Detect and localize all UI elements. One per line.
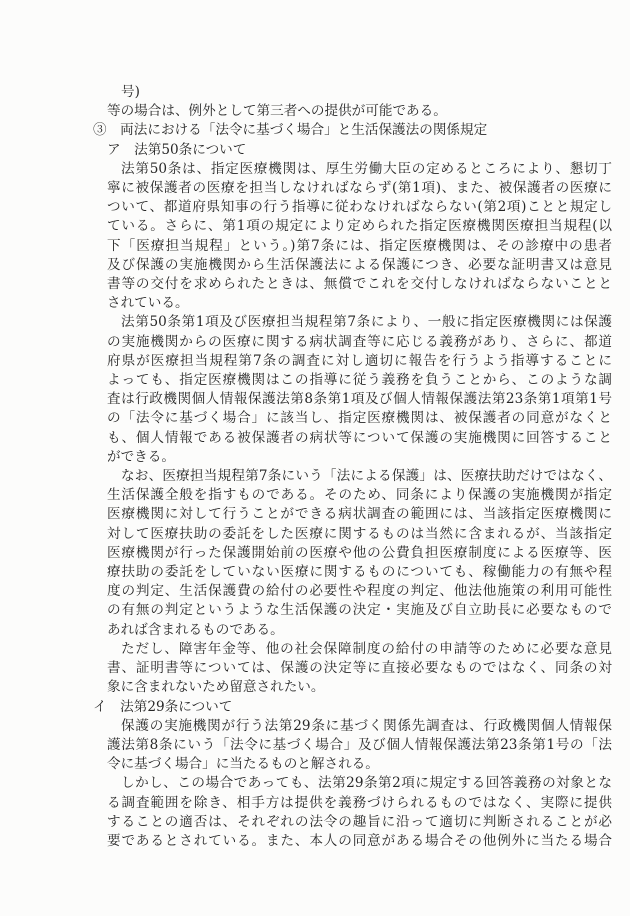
text-line: イ 法第29条について	[93, 698, 612, 717]
text-line: 令に基づく場合」に当たるものと解される。	[93, 755, 612, 774]
text-line: することの適否は、それぞれの法令の趣旨に沿って適切に判断されることが必	[93, 813, 612, 832]
text-line: しかし、この場合であっても、法第29条第2項に規定する回答義務の対象とな	[93, 774, 612, 793]
text-line: ただし、障害年金等、他の社会保障制度の給付の申請等のために必要な意見	[93, 640, 612, 659]
text-line: 護法第8条にいう「法令に基づく場合」及び個人情報保護法第23条第1号の「法	[93, 736, 612, 755]
text-line: 生活保護全般を指すものである。そのため、同条により保護の実施機関が指定	[93, 486, 612, 505]
text-line: 書等の交付を求められたときは、無償でこれを交付しなければならないことと	[93, 275, 612, 294]
text-line: る調査範囲を除き、相手方は提供を義務づけられるものではなく、実際に提供	[93, 794, 612, 813]
text-line: 療扶助の委託をしていない医療に関するものについても、稼働能力の有無や程	[93, 563, 612, 582]
text-line: の実施機関からの医療に関する病状調査等に応じる義務があり、さらに、都道	[93, 333, 612, 352]
text-line: 府県が医療担当規程第7条の調査に対し適切に報告を行うよう指導することに	[93, 352, 612, 371]
text-line: 寧に被保護者の医療を担当しなければならず(第1項)、また、被保護者の医療に	[93, 179, 612, 198]
text-line: ③ 両法における「法令に基づく場合」と生活保護法の関係規定	[93, 121, 612, 140]
text-line: 号)	[93, 83, 612, 102]
text-line: ている。さらに、第1項の規定により定められた指定医療機関医療担当規程(以	[93, 217, 612, 236]
text-line: 等の場合は、例外として第三者への提供が可能である。	[93, 102, 612, 121]
text-line: よっても、指定医療機関はこの指導に従う義務を負うことから、このような調	[93, 371, 612, 390]
text-line: 象に含まれないため留意されたい。	[93, 678, 612, 697]
text-line: ついて、都道府県知事の行う指導に従わなければならない(第2項)ことと規定し	[93, 198, 612, 217]
text-line: 対して医療扶助の委託をした医療に関するものは当然に含まれるが、当該指定	[93, 525, 612, 544]
text-line: 査は行政機関個人情報保護法第8条第1項及び個人情報保護法第23条第1項第1号	[93, 390, 612, 409]
text-line: 要であるとされている。また、本人の同意がある場合その他例外に当たる場合	[93, 832, 612, 851]
text-line: 医療機関に対して行うことができる病状調査の範囲には、当該指定医療機関に	[93, 505, 612, 524]
text-line: の「法令に基づく場合」に該当し、指定医療機関は、被保護者の同意がなくと	[93, 409, 612, 428]
text-line: あれば含まれるものである。	[93, 621, 612, 640]
text-line: 医療機関が行った保護開始前の医療や他の公費負担医療制度による医療等、医	[93, 544, 612, 563]
text-line: 書、証明書等については、保護の決定等に直接必要なものではなく、同条の対	[93, 659, 612, 678]
text-line: 保護の実施機関が行う法第29条に基づく関係先調査は、行政機関個人情報保	[93, 717, 612, 736]
text-line: 度の判定、生活保護費の給付の必要性や程度の判定、他法他施策の利用可能性	[93, 582, 612, 601]
text-line: 下「医療担当規程」という。)第7条には、指定医療機関は、その診療中の患者	[93, 237, 612, 256]
text-line: 法第50条第1項及び医療担当規程第7条により、一般に指定医療機関には保護	[93, 313, 612, 332]
document-page: 号)等の場合は、例外として第三者への提供が可能である。③ 両法における「法令に基…	[0, 0, 630, 916]
text-line: ができる。	[93, 448, 612, 467]
text-line: 法第50条は、指定医療機関は、厚生労働大臣の定めるところにより、懇切丁	[93, 160, 612, 179]
text-line: 及び保護の実施機関から生活保護法による保護につき、必要な証明書又は意見	[93, 256, 612, 275]
text-line: なお、医療担当規程第7条にいう「法による保護」は、医療扶助だけではなく、	[93, 467, 612, 486]
text-line: されている。	[93, 294, 612, 313]
text-line: の有無の判定というような生活保護の決定・実施及び自立助長に必要なもので	[93, 601, 612, 620]
document-text-block: 号)等の場合は、例外として第三者への提供が可能である。③ 両法における「法令に基…	[93, 83, 612, 851]
text-line: も、個人情報である被保護者の病状等について保護の実施機関に回答すること	[93, 429, 612, 448]
text-line: ア 法第50条について	[93, 141, 612, 160]
